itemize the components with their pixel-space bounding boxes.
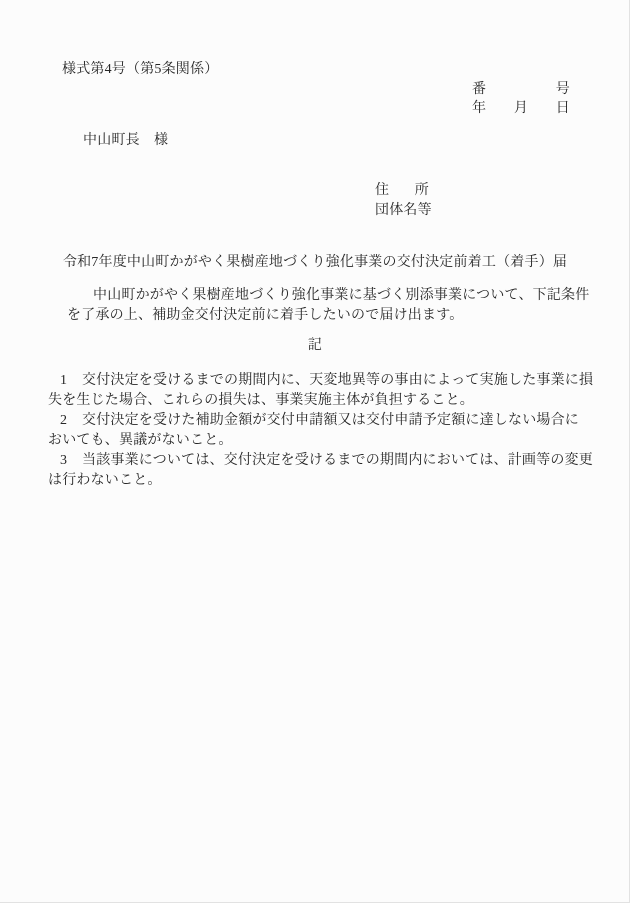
date-day-label: 日: [556, 99, 570, 119]
condition-3-line-1: 当該事業については、交付決定を受けるまでの期間内においては、計画等の変更: [82, 451, 593, 471]
sender-address-label: 住 所: [375, 181, 429, 201]
condition-2-number: 2: [60, 411, 67, 431]
sender-org-label: 団体名等: [375, 201, 432, 221]
condition-1-number: 1: [60, 371, 67, 391]
condition-1-line-2: 失を生じた場合、これらの損失は、事業実施主体が負担すること。: [48, 391, 474, 411]
document-page: 様式第4号（第5条関係） 番 号 年 月 日 中山町長 様 住 所 団体名等 令…: [0, 0, 630, 903]
section-marker: 記: [0, 336, 630, 356]
doc-number-row: 番 号: [472, 80, 570, 100]
body-paragraph-line-2: を了承の上、補助金交付決定前に着手したいので届け出ます。: [67, 306, 463, 326]
date-row: 年 月 日: [472, 99, 570, 119]
doc-number-label: 番: [472, 80, 486, 100]
addressee: 中山町長 様: [83, 131, 168, 151]
condition-1-line-1: 交付決定を受けるまでの期間内に、天変地異等の事由によって実施した事業に損: [82, 371, 593, 391]
condition-3-line-2: は行わないこと。: [48, 471, 162, 491]
address-label-right: 所: [415, 181, 429, 201]
condition-2-line-1: 交付決定を受けた補助金額が交付申請額又は交付申請予定額に達しない場合に: [82, 411, 579, 431]
form-number: 様式第4号（第5条関係）: [62, 60, 218, 80]
date-month-label: 月: [514, 99, 528, 119]
date-year-label: 年: [472, 99, 486, 119]
condition-3-number: 3: [60, 451, 67, 471]
body-paragraph-line-1: 中山町かがやく果樹産地づくり強化事業に基づく別添事業について、下記条件: [93, 286, 589, 306]
doc-number-suffix: 号: [556, 80, 570, 100]
address-label-left: 住: [375, 181, 389, 201]
document-title: 令和7年度中山町かがやく果樹産地づくり強化事業の交付決定前着工（着手）届: [0, 253, 630, 273]
condition-2-line-2: おいても、異議がないこと。: [48, 431, 233, 451]
